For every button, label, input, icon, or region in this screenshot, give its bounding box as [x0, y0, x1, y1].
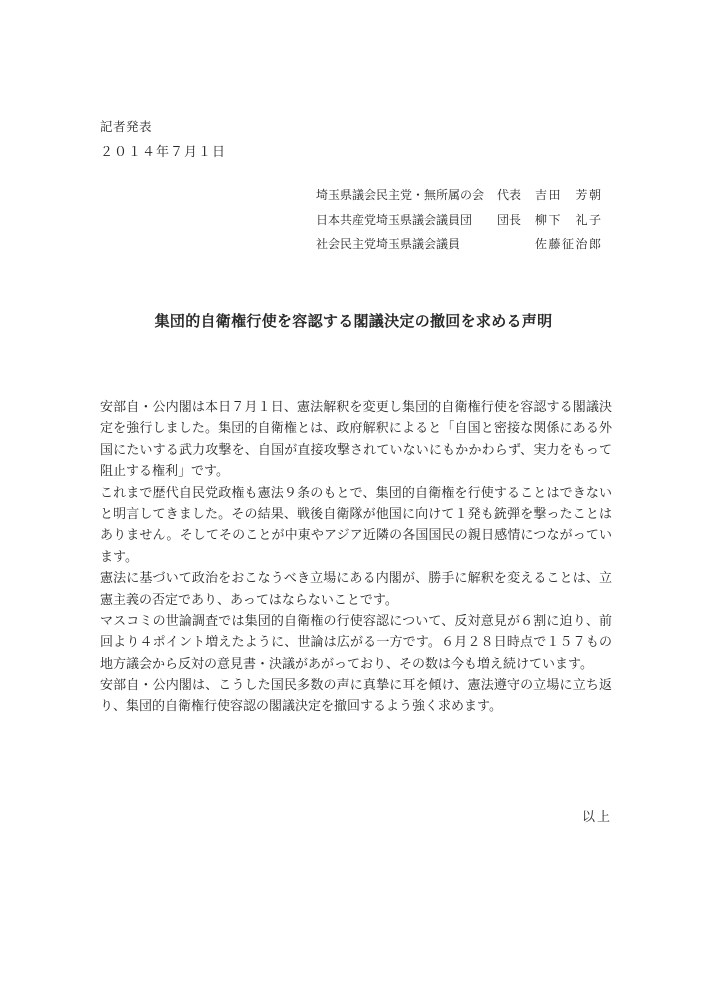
signatory-org: 社会民主党埼玉県議会議員	[316, 232, 497, 257]
press-release-date: ２０１４年７月１日	[100, 141, 226, 160]
signatory-role	[497, 232, 535, 257]
signatory-role: 代表	[497, 183, 535, 208]
signatory-name: 柳下 礼子	[535, 208, 604, 233]
signatory-name: 吉田 芳朝	[535, 183, 604, 208]
body-line: 憲主義の否定であり、あってはならないことです。	[100, 589, 612, 610]
body-line: 国にたいする武力攻撃を、自国が直接攻撃されていないにもかかわらず、実力をもって	[100, 439, 612, 460]
document-title: 集団的自衛権行使を容認する閣議決定の撤回を求める声明	[0, 310, 707, 331]
body-line: 阻止する権利」です。	[100, 460, 612, 481]
closing-label: 以上	[100, 806, 612, 825]
signatory-name: 佐藤征治郎	[535, 232, 604, 257]
body-line: 安部自・公内閣は、こうした国民多数の声に真摯に耳を傾け、憲法遵守の立場に立ち返	[100, 674, 612, 695]
body-line: これまで歴代自民党政権も憲法９条のもとで、集団的自衛権を行使することはできない	[100, 482, 612, 503]
body-line: 憲法に基づいて政治をおこなうべき立場にある内閣が、勝手に解釈を変えることは、立	[100, 567, 612, 588]
body-line: ありません。そしてそのことが中東やアジア近隣の各国国民の親日感情につながってい	[100, 524, 612, 545]
body-text: 安部自・公内閣は本日７月１日、憲法解釈を変更し集団的自衛権行使を容認する閣議決 …	[100, 396, 612, 717]
body-line: 安部自・公内閣は本日７月１日、憲法解釈を変更し集団的自衛権行使を容認する閣議決	[100, 396, 612, 417]
signatory-block: 埼玉県議会民主党・無所属の会 代表 吉田 芳朝 日本共産党埼玉県議会議員団 団長…	[316, 183, 604, 257]
document-page: 記者発表 ２０１４年７月１日 埼玉県議会民主党・無所属の会 代表 吉田 芳朝 日…	[0, 0, 707, 1000]
body-line: 定を強行しました。集団的自衛権とは、政府解釈によると「自国と密接な関係にある外	[100, 417, 612, 438]
body-line: 回より４ポイント増えたように、世論は広がる一方です。６月２８日時点で１５７もの	[100, 631, 612, 652]
body-line: り、集団的自衛権行使容認の閣議決定を撤回するよう強く求めます。	[100, 695, 612, 716]
body-line: マスコミの世論調査では集団的自衛権の行使容認について、反対意見が６割に迫り、前	[100, 610, 612, 631]
press-release-label: 記者発表	[100, 117, 152, 135]
signatory-row: 社会民主党埼玉県議会議員 佐藤征治郎	[316, 232, 604, 257]
signatory-org: 日本共産党埼玉県議会議員団	[316, 208, 497, 233]
body-line: と明言してきました。その結果、戦後自衛隊が他国に向けて１発も銃弾を撃ったことは	[100, 503, 612, 524]
body-line: ます。	[100, 546, 612, 567]
signatory-row: 埼玉県議会民主党・無所属の会 代表 吉田 芳朝	[316, 183, 604, 208]
signatory-row: 日本共産党埼玉県議会議員団 団長 柳下 礼子	[316, 208, 604, 233]
body-line: 地方議会から反対の意見書・決議があがっており、その数は今も増え続けています。	[100, 653, 612, 674]
signatory-role: 団長	[497, 208, 535, 233]
signatory-org: 埼玉県議会民主党・無所属の会	[316, 183, 497, 208]
